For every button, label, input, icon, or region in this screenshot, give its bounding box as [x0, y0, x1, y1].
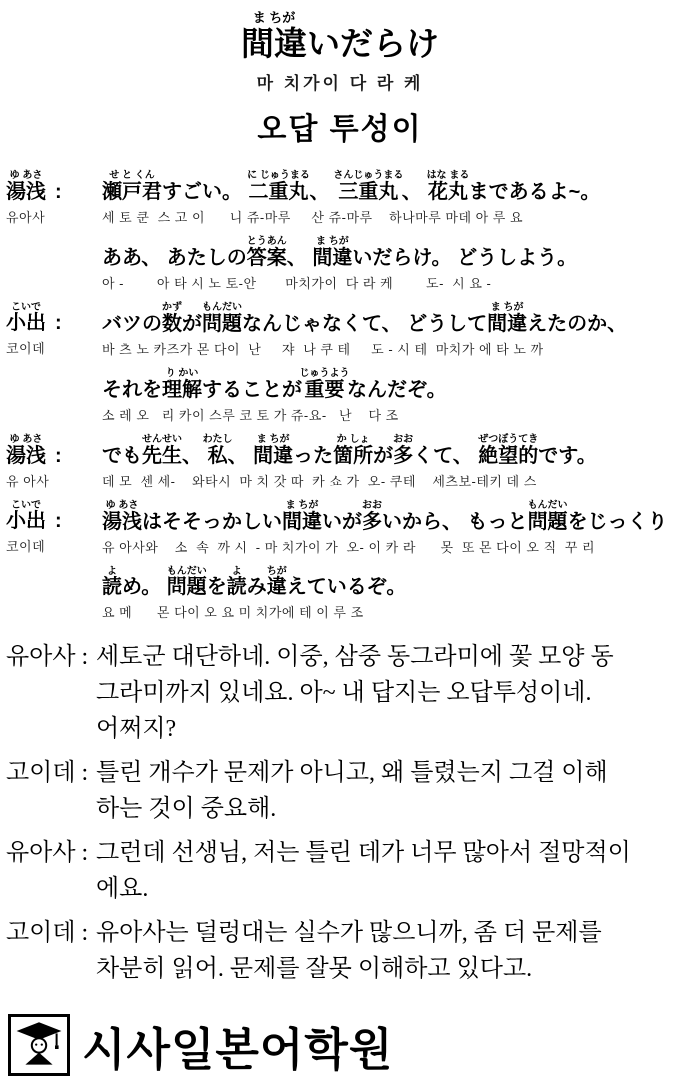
japanese-title-ruby: 間違ま ちが [241, 25, 307, 62]
academy-logo-box [8, 1014, 70, 1076]
furigana: よ [102, 566, 122, 577]
speaker-ruby: 小出こいで [6, 312, 46, 334]
furigana: ま ちが [487, 302, 527, 313]
speaker-colon: : [55, 510, 62, 532]
japanese-line: 読よめ。 問題もんだいを読よみ違ちがえているぞ。 [102, 566, 680, 598]
ruby-segment: 問題もんだい [528, 511, 568, 533]
dialogue-row: 湯浅ゆ あさ:유 아사でも先生せんせい、 私わたし、 間違ま ちがった箇所か し… [6, 434, 680, 490]
speaker-name: 湯浅ゆ あさ: [6, 434, 102, 467]
translation-line: 세토군 대단하네. 이중, 삼중 동그라미에 꽃 모양 동 [96, 639, 680, 675]
dialogue-row: 小出こいで:코이데バツの数かずが問題もんだいなんじゃなくて、 どうして間違ま ち… [6, 302, 680, 358]
japanese-title-tail: いだらけ [307, 25, 439, 62]
ruby-segment: 問題もんだい [167, 576, 207, 598]
footer: 시사일본어학원 [8, 1013, 680, 1076]
japanese-line: 瀬戸君せ と くんすごい。 二重丸に じゅうまる、 三重丸さんじゅうまる、 花丸… [102, 170, 680, 203]
ruby-segment: 先生せんせい [142, 445, 182, 467]
speaker-colon: : [55, 445, 62, 467]
ruby-segment: 花丸はな まる [427, 181, 468, 203]
furigana: せ と くん [102, 170, 162, 181]
japanese-title-base: 間違 [241, 25, 307, 62]
translation-speaker: 고이데 : [6, 755, 96, 791]
furigana: ま ちが [253, 434, 293, 445]
speaker-name: 湯浅ゆ あさ: [6, 170, 102, 203]
academy-logo-text: 시사일본어학원 [82, 1013, 393, 1076]
japanese-title: 間違ま ちがいだらけ [0, 10, 680, 62]
speaker-name: 小出こいで: [6, 500, 102, 532]
speaker-cell: 湯浅ゆ あさ:유아사 [6, 170, 102, 226]
speaker-ruby: 湯浅ゆ あさ [6, 445, 46, 467]
furigana: り かい [162, 368, 202, 379]
ruby-segment: 問題もんだい [202, 313, 242, 335]
furigana: わたし [203, 434, 233, 445]
dialogue-row: それを理解り かいすることが重要じゅうようなんだぞ。소 레 오 리 카이 스루 … [6, 368, 680, 424]
dialogue-row: 湯浅ゆ あさ:유아사瀬戸君せ と くんすごい。 二重丸に じゅうまる、 三重丸さ… [6, 170, 680, 226]
translation-lines: 세토군 대단하네. 이중, 삼중 동그라미에 꽃 모양 동그라미까지 있네요. … [96, 639, 680, 747]
furigana: もんだい [167, 566, 207, 577]
speaker-korean-pronunciation: 코이데 [6, 536, 102, 555]
ruby-segment: 間違ま ちが [487, 313, 527, 335]
translation-lines: 유아사는 덜렁대는 실수가 많으니까, 좀 더 문제를차분히 읽어. 문제를 잘… [96, 915, 680, 987]
dialogue-body: 読よめ。 問題もんだいを読よみ違ちがえているぞ。요 메 몬 다이 오 요 미 치… [102, 566, 680, 621]
dialogue-row: 小出こいで:코이데湯浅ゆ あさはそそっかしい間違ま ちがいが多おおいから、 もっ… [6, 500, 680, 556]
dialogue-body: 瀬戸君せ と くんすごい。 二重丸に じゅうまる、 三重丸さんじゅうまる、 花丸… [102, 170, 680, 226]
translation-speaker: 유아사 : [6, 639, 96, 675]
speaker-ruby: 湯浅ゆ あさ [6, 181, 46, 203]
furigana: とうあん [247, 236, 287, 247]
furigana: こいで [6, 500, 46, 511]
speaker-korean-pronunciation: 유 아사 [6, 471, 102, 490]
furigana: ちが [267, 566, 287, 577]
korean-pronunciation-line: 유 아사와 소 속 까 시 - 마 치가이 가 오- 이 카 라 못 또 몬 다… [102, 537, 680, 556]
ruby-segment: 二重丸に じゅうまる [248, 181, 310, 203]
dialogue-body: バツの数かずが問題もんだいなんじゃなくて、 どうして間違ま ちがえたのか、바 츠… [102, 302, 680, 358]
speaker-cell: 小出こいで:코이데 [6, 500, 102, 555]
translation-row: 유아사 :그런데 선생님, 저는 틀린 데가 너무 많아서 절망적이에요. [6, 835, 680, 907]
furigana: おお [393, 434, 413, 445]
translation-line: 그라미까지 있네요. 아~ 내 답지는 오답투성이네. [96, 675, 680, 711]
korean-pronunciation-line: 데 모 센 세- 와타시 마 치 갓 따 카 쇼 가 오- 쿠테 세츠보-테키 … [102, 471, 680, 490]
dialogue-row: 読よめ。 問題もんだいを読よみ違ちがえているぞ。요 메 몬 다이 오 요 미 치… [6, 566, 680, 621]
furigana: さんじゅうまる [333, 170, 403, 181]
translation-row: 고이데 :틀린 개수가 문제가 아니고, 왜 틀렸는지 그걸 이해하는 것이 중… [6, 755, 680, 827]
translation-lines: 그런데 선생님, 저는 틀린 데가 너무 많아서 절망적이에요. [96, 835, 680, 907]
translation-line: 차분히 읽어. 문제를 잘못 이해하고 있다고. [96, 951, 680, 987]
translation-line: 하는 것이 중요해. [96, 791, 680, 827]
title-korean-pronunciation: 마 치가이 다 라 케 [0, 69, 680, 94]
dialogue-row: ああ、 あたしの答案とうあん、 間違ま ちがいだらけ。 どうしよう。아 - 아 … [6, 236, 680, 292]
ruby-segment: 違ちが [267, 576, 287, 598]
korean-pronunciation-line: 소 레 오 리 카이 스루 코 토 가 쥬-요- 난 다 조 [102, 405, 680, 424]
ruby-segment: 湯浅ゆ あさ [102, 511, 142, 533]
translation-line: 어쩌지? [96, 711, 680, 747]
translation-row: 유아사 :세토군 대단하네. 이중, 삼중 동그라미에 꽃 모양 동그라미까지 … [6, 639, 680, 747]
ruby-segment: 私わたし [208, 445, 228, 467]
korean-pronunciation-line: 세 토 쿤 스 고 이 니 쥬-마루 산 쥬-마루 하나마루 마데 아 루 요 [102, 207, 680, 226]
dialogue-body: でも先生せんせい、 私わたし、 間違ま ちがった箇所か しょが多おおくて、 絶望… [102, 434, 680, 490]
furigana: はな まる [427, 170, 470, 181]
ruby-segment: 答案とうあん [247, 247, 287, 269]
translation-line: 유아사는 덜렁대는 실수가 많으니까, 좀 더 문제를 [96, 915, 680, 951]
japanese-line: でも先生せんせい、 私わたし、 間違ま ちがった箇所か しょが多おおくて、 絶望… [102, 434, 680, 467]
korean-pronunciation-line: 바 츠 노 카즈가 몬 다이 난 쟈 나 쿠 테 도 - 시 테 마치가 에 타… [102, 339, 680, 358]
furigana: もんだい [528, 500, 568, 511]
speaker-name: 小出こいで: [6, 302, 102, 334]
translation-row: 고이데 :유아사는 덜렁대는 실수가 많으니까, 좀 더 문제를차분히 읽어. … [6, 915, 680, 987]
japanese-line: バツの数かずが問題もんだいなんじゃなくて、 どうして間違ま ちがえたのか、 [102, 302, 680, 335]
translation-speaker: 고이데 : [6, 915, 96, 951]
furigana: か しょ [333, 434, 373, 445]
ruby-segment: 間違ま ちが [253, 445, 293, 467]
translation-line: 그런데 선생님, 저는 틀린 데가 너무 많아서 절망적이 [96, 835, 680, 871]
ruby-segment: 箇所か しょ [333, 445, 373, 467]
furigana: ゆ あさ [6, 170, 46, 181]
title-block: 間違ま ちがいだらけ 마 치가이 다 라 케 오답 투성이 [0, 0, 680, 148]
ruby-segment: 間違ま ちが [312, 247, 352, 269]
speaker-ruby: 小出こいで [6, 510, 46, 532]
furigana: ゆ あさ [102, 500, 142, 511]
ruby-segment: 重要じゅうよう [302, 379, 347, 401]
ruby-segment: 多おお [362, 511, 382, 533]
japanese-title-furigana: ま ちが [241, 10, 307, 25]
dialogue-body: それを理解り かいすることが重要じゅうようなんだぞ。소 레 오 리 카이 스루 … [102, 368, 680, 424]
translation-line: 틀린 개수가 문제가 아니고, 왜 틀렸는지 그걸 이해 [96, 755, 680, 791]
speaker-colon: : [55, 181, 62, 203]
furigana: よ [227, 566, 247, 577]
korean-title: 오답 투성이 [0, 104, 680, 148]
furigana: もんだい [202, 302, 242, 313]
furigana: じゅうよう [300, 368, 350, 379]
dialogue-body: ああ、 あたしの答案とうあん、 間違ま ちがいだらけ。 どうしよう。아 - 아 … [102, 236, 680, 292]
ruby-segment: 間違ま ちが [282, 511, 322, 533]
furigana: に じゅうまる [247, 170, 310, 181]
ruby-segment: 読よ [227, 576, 247, 598]
translation-speaker: 유아사 : [6, 835, 96, 871]
translation-section: 유아사 :세토군 대단하네. 이중, 삼중 동그라미에 꽃 모양 동그라미까지 … [0, 639, 680, 987]
furigana: ゆ あさ [6, 434, 46, 445]
furigana: ま ちが [282, 500, 322, 511]
translation-line: 에요. [96, 871, 680, 907]
korean-pronunciation-line: 요 메 몬 다이 오 요 미 치가에 테 이 루 조 [102, 602, 680, 621]
furigana: かず [162, 302, 182, 313]
ruby-segment: 瀬戸君せ と くん [102, 181, 162, 203]
dialogue-body: 湯浅ゆ あさはそそっかしい間違ま ちがいが多おおいから、 もっと問題もんだいをじ… [102, 500, 680, 556]
speaker-colon: : [55, 312, 62, 334]
ruby-segment: 理解り かい [162, 379, 202, 401]
graduate-icon [15, 1019, 63, 1072]
korean-pronunciation-line: 아 - 아 타 시 노 토-안 마치가이 다 라 케 도- 시 요 - [102, 273, 680, 292]
speaker-korean-pronunciation: 코이데 [6, 338, 102, 357]
japanese-line: それを理解り かいすることが重要じゅうようなんだぞ。 [102, 368, 680, 401]
ruby-segment: 多おお [393, 445, 413, 467]
translation-lines: 틀린 개수가 문제가 아니고, 왜 틀렸는지 그걸 이해하는 것이 중요해. [96, 755, 680, 827]
speaker-cell: 小出こいで:코이데 [6, 302, 102, 357]
dialogue-section: 湯浅ゆ あさ:유아사瀬戸君せ と くんすごい。 二重丸に じゅうまる、 三重丸さ… [0, 170, 680, 621]
furigana: せんせい [142, 434, 182, 445]
japanese-line: ああ、 あたしの答案とうあん、 間違ま ちがいだらけ。 どうしよう。 [102, 236, 680, 269]
speaker-cell: 湯浅ゆ あさ:유 아사 [6, 434, 102, 490]
speaker-korean-pronunciation: 유아사 [6, 207, 102, 226]
ruby-segment: 数かず [162, 313, 182, 335]
furigana: ま ちが [312, 236, 352, 247]
japanese-line: 湯浅ゆ あさはそそっかしい間違ま ちがいが多おおいから、 もっと問題もんだいをじ… [102, 500, 680, 533]
furigana: おお [362, 500, 382, 511]
furigana: こいで [6, 302, 46, 313]
worksheet-page: 間違ま ちがいだらけ 마 치가이 다 라 케 오답 투성이 湯浅ゆ あさ:유아사… [0, 0, 680, 1076]
ruby-segment: 三重丸さんじゅうまる [335, 181, 402, 203]
furigana: ぜつぼうてき [478, 434, 538, 445]
ruby-segment: 読よ [102, 576, 122, 598]
ruby-segment: 絶望的ぜつぼうてき [478, 445, 538, 467]
